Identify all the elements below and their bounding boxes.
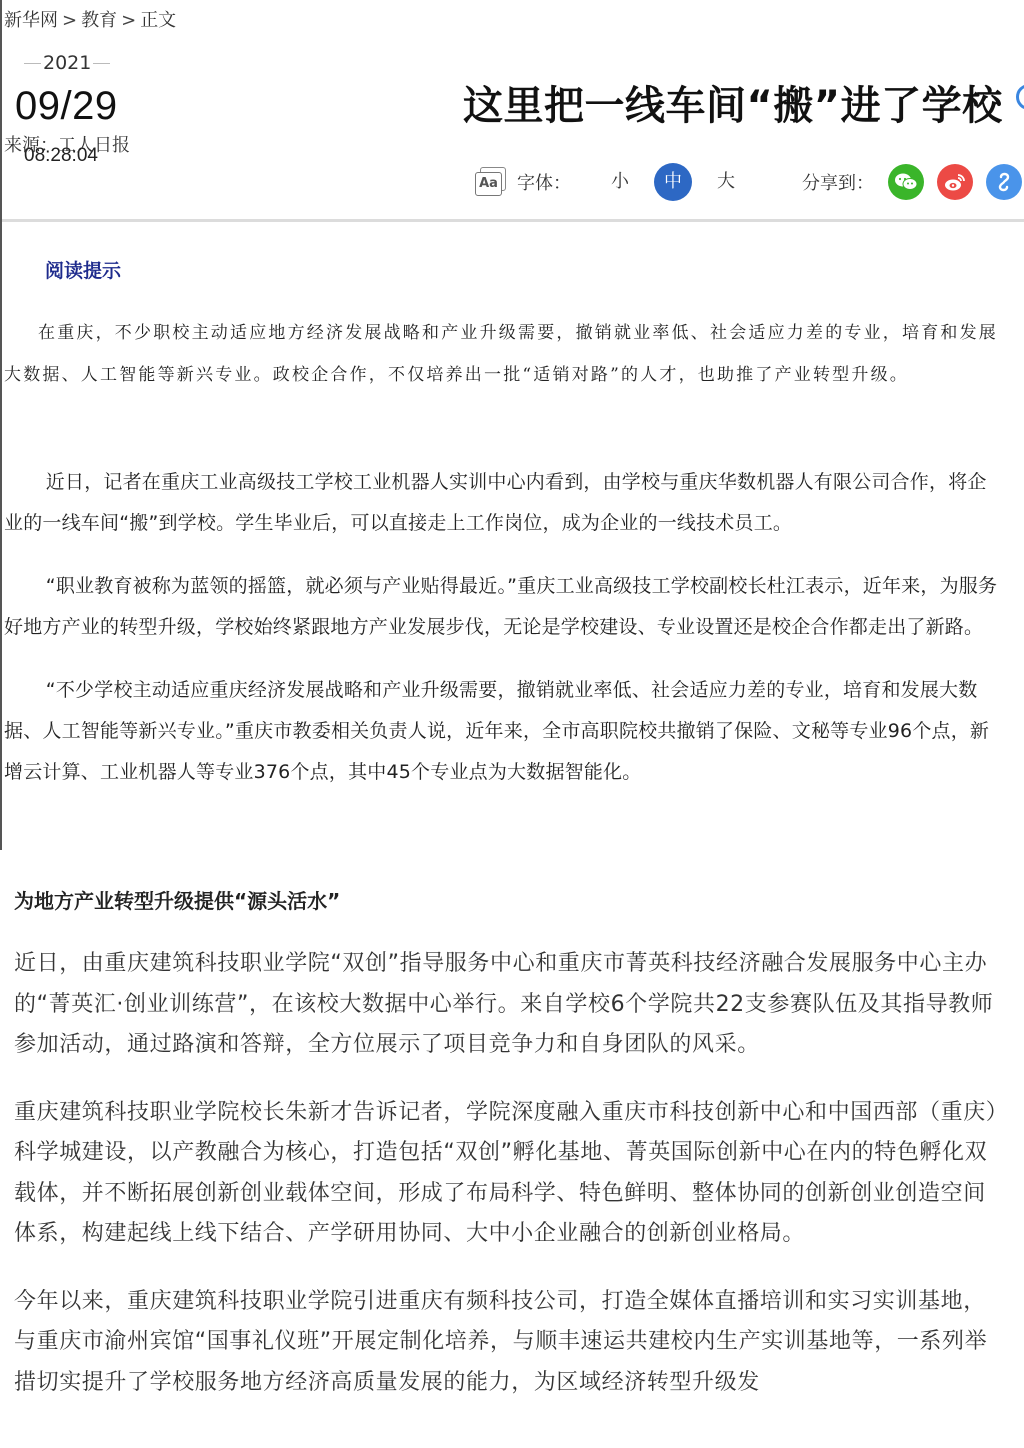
- article-toolbar: Aa 字体： 小 中 大 分享到：: [475, 162, 1024, 202]
- breadcrumb-education-link[interactable]: 教育: [81, 10, 117, 31]
- source-name: 工人日报: [58, 135, 130, 156]
- article-body-section-1: 近日，记者在重庆工业高级技工学校工业机器人实训中心内看到，由学校与重庆华数机器人…: [4, 462, 1000, 815]
- article-body-section-2: 近日，由重庆建筑科技职业学院“双创”指导服务中心和重庆市菁英科技经济融合发展服务…: [14, 944, 1006, 1430]
- source-label: 来源：: [4, 135, 58, 156]
- share-weibo-icon[interactable]: [937, 164, 973, 200]
- publish-year: 2021: [22, 52, 112, 74]
- body-paragraph: 今年以来，重庆建筑科技职业学院引进重庆有频科技公司，打造全媒体直播培训和实习实训…: [14, 1282, 1006, 1404]
- breadcrumb-separator: >: [121, 10, 136, 31]
- breadcrumb-home-link[interactable]: 新华网: [4, 10, 58, 31]
- body-paragraph: 重庆建筑科技职业学院校长朱新才告诉记者，学院深度融入重庆市科技创新中心和中国西部…: [14, 1093, 1006, 1255]
- breadcrumb-current: 正文: [140, 10, 176, 31]
- body-paragraph: 近日，记者在重庆工业高级技工学校工业机器人实训中心内看到，由学校与重庆华数机器人…: [4, 462, 1000, 544]
- font-size-small-button[interactable]: 小: [601, 163, 639, 201]
- left-border: [0, 0, 2, 850]
- breadcrumb: 新华网>教育>正文: [4, 6, 176, 32]
- body-paragraph: “职业教育被称为蓝领的摇篮，就必须与产业贴得最近。”重庆工业高级技工学校副校长杜…: [4, 566, 1000, 648]
- section-heading: 为地方产业转型升级提供“源头活水”: [14, 885, 340, 914]
- font-size-label: 字体：: [517, 169, 571, 195]
- font-size-icon: Aa: [475, 167, 509, 197]
- reading-tip-paragraph: 在重庆，不少职校主动适应地方经济发展战略和产业升级需要，撤销就业率低、社会适应力…: [4, 312, 1000, 396]
- article-title: 这里把一线车间“搬”进了学校: [463, 74, 1003, 131]
- publish-month-day: 09/29: [15, 84, 118, 129]
- share-label: 分享到：: [802, 169, 874, 195]
- body-paragraph: “不少学校主动适应重庆经济发展战略和产业升级需要，撤销就业率低、社会适应力差的专…: [4, 670, 1000, 793]
- header-divider: [2, 219, 1024, 222]
- audio-play-icon[interactable]: [1016, 84, 1024, 110]
- share-mini-program-icon[interactable]: [986, 164, 1022, 200]
- share-wechat-icon[interactable]: [888, 164, 924, 200]
- font-size-large-button[interactable]: 大: [707, 163, 745, 201]
- reading-tip-body: 在重庆，不少职校主动适应地方经济发展战略和产业升级需要，撤销就业率低、社会适应力…: [4, 312, 1000, 396]
- body-paragraph: 近日，由重庆建筑科技职业学院“双创”指导服务中心和重庆市菁英科技经济融合发展服务…: [14, 944, 1006, 1066]
- breadcrumb-separator: >: [62, 10, 77, 31]
- article-source: 来源：工人日报: [4, 131, 130, 157]
- reading-tip-heading: 阅读提示: [45, 256, 121, 283]
- font-size-medium-button[interactable]: 中: [654, 163, 692, 201]
